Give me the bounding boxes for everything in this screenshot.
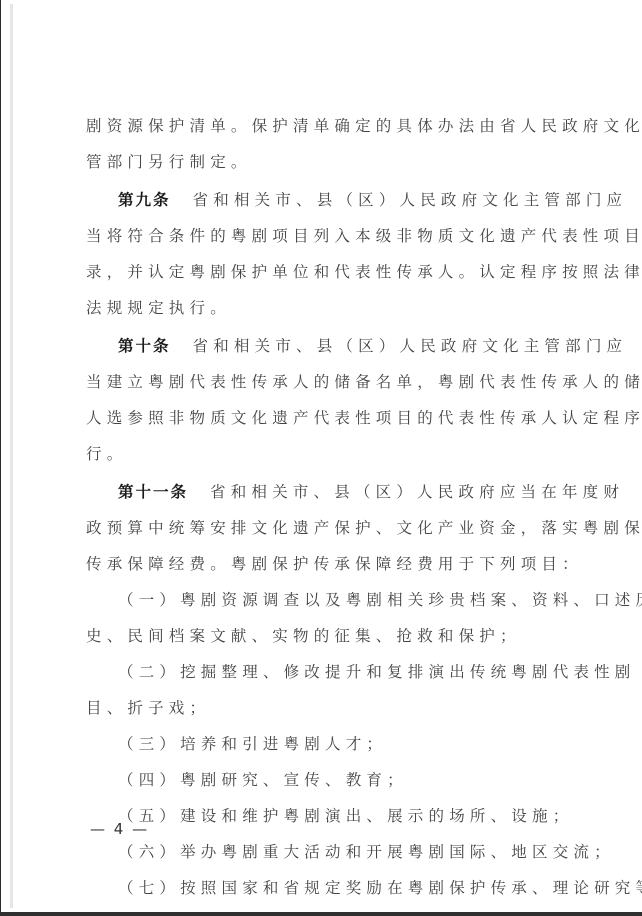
- text-line: 管部门另行制定。: [86, 148, 252, 176]
- line-text: （七）按照国家和省规定奖励在粤剧保护传承、理论研究等: [118, 879, 642, 897]
- text-line: 第十条省和相关市、县（区）人民政府文化主管部门应: [118, 332, 627, 360]
- text-line: 录，并认定粤剧保护单位和代表性传承人。认定程序按照法律、: [86, 258, 642, 286]
- article-heading: 第十条: [118, 337, 171, 355]
- line-text: （五）建设和维护粤剧演出、展示的场所、设施；: [118, 807, 573, 825]
- line-text: （四）粤剧研究、宣传、教育；: [118, 771, 408, 789]
- line-text: （一）粤剧资源调查以及粤剧相关珍贵档案、资料、口述历: [118, 591, 642, 609]
- line-text: 目、折子戏；: [86, 699, 210, 717]
- line-text: （三）培养和引进粤剧人才；: [118, 735, 387, 753]
- line-text: 当建立粤剧代表性传承人的储备名单，粤剧代表性传承人的储备: [86, 373, 642, 391]
- text-line: 当将符合条件的粤剧项目列入本级非物质文化遗产代表性项目名: [86, 222, 642, 250]
- text-line: 法规规定执行。: [86, 294, 231, 322]
- line-text: 省和相关市、县（区）人民政府文化主管部门应: [193, 191, 628, 209]
- window-left-edge: [0, 0, 1, 916]
- line-text: 人选参照非物质文化遗产代表性项目的代表性传承人认定程序执: [86, 409, 642, 427]
- line-text: 录，并认定粤剧保护单位和代表性传承人。认定程序按照法律、: [86, 263, 642, 281]
- article-heading: 第十一条: [118, 483, 188, 501]
- line-text: 当将符合条件的粤剧项目列入本级非物质文化遗产代表性项目名: [86, 227, 642, 245]
- line-text: 史、民间档案文献、实物的征集、抢救和保护；: [86, 627, 521, 645]
- line-text: 行。: [86, 445, 127, 463]
- text-line: （二）挖掘整理、修改提升和复排演出传统粤剧代表性剧: [118, 658, 636, 686]
- text-line: （一）粤剧资源调查以及粤剧相关珍贵档案、资料、口述历: [118, 586, 642, 614]
- text-line: 第九条省和相关市、县（区）人民政府文化主管部门应: [118, 186, 627, 214]
- line-text: 管部门另行制定。: [86, 153, 252, 171]
- line-text: 法规规定执行。: [86, 299, 231, 317]
- text-line: （三）培养和引进粤剧人才；: [118, 730, 387, 758]
- text-line: 传承保障经费。粤剧保护传承保障经费用于下列项目：: [86, 550, 583, 578]
- line-text: 剧资源保护清单。保护清单确定的具体办法由省人民政府文化主: [86, 117, 642, 135]
- text-line: （六）举办粤剧重大活动和开展粤剧国际、地区交流；: [118, 838, 615, 866]
- text-line: （四）粤剧研究、宣传、教育；: [118, 766, 408, 794]
- text-line: 第十一条省和相关市、县（区）人民政府应当在年度财: [118, 478, 624, 506]
- article-heading: 第九条: [118, 191, 171, 209]
- line-text: （二）挖掘整理、修改提升和复排演出传统粤剧代表性剧: [118, 663, 636, 681]
- bottom-bar: [0, 912, 642, 916]
- line-text: 政预算中统筹安排文化遗产保护、文化产业资金，落实粤剧保护: [86, 519, 642, 537]
- text-line: （七）按照国家和省规定奖励在粤剧保护传承、理论研究等: [118, 874, 642, 902]
- text-line: 史、民间档案文献、实物的征集、抢救和保护；: [86, 622, 521, 650]
- line-text: 传承保障经费。粤剧保护传承保障经费用于下列项目：: [86, 555, 583, 573]
- text-line: （五）建设和维护粤剧演出、展示的场所、设施；: [118, 802, 573, 830]
- page-number: — 4 —: [90, 820, 149, 838]
- line-text: 省和相关市、县（区）人民政府应当在年度财: [210, 483, 624, 501]
- text-line: 行。: [86, 440, 127, 468]
- text-line: 政预算中统筹安排文化遗产保护、文化产业资金，落实粤剧保护: [86, 514, 642, 542]
- line-text: （六）举办粤剧重大活动和开展粤剧国际、地区交流；: [118, 843, 615, 861]
- text-line: 剧资源保护清单。保护清单确定的具体办法由省人民政府文化主: [86, 112, 642, 140]
- text-line: 目、折子戏；: [86, 694, 210, 722]
- line-text: 省和相关市、县（区）人民政府文化主管部门应: [193, 337, 628, 355]
- text-line: 当建立粤剧代表性传承人的储备名单，粤剧代表性传承人的储备: [86, 368, 642, 396]
- page-fold-line: [10, 4, 13, 908]
- text-line: 人选参照非物质文化遗产代表性项目的代表性传承人认定程序执: [86, 404, 642, 432]
